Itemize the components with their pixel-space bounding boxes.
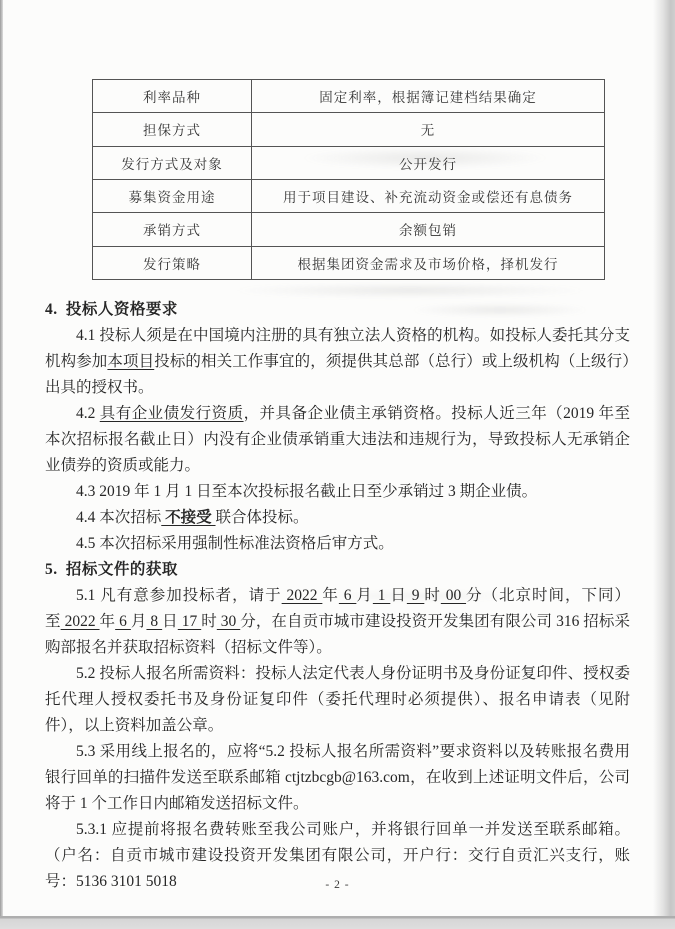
table-row: 募集资金用途用于项目建设、补充流动资金或偿还有息债务 <box>93 179 605 212</box>
text-segment: 17 <box>178 613 201 630</box>
row-label: 发行策略 <box>93 246 252 279</box>
row-value: 固定利率，根据簿记建档结果确定 <box>252 80 605 113</box>
bond-terms-table-body: 利率品种固定利率，根据簿记建档结果确定担保方式无发行方式及对象公开发行募集资金用… <box>93 80 605 280</box>
row-value: 公开发行 <box>252 146 605 179</box>
scan-edge-left <box>0 0 3 929</box>
paragraph: 4.4 本次招标 不接受 联合体投标。 <box>45 505 630 531</box>
text-segment: 4.4 本次招标 <box>76 509 161 526</box>
text-segment: 5. 招标文件的获取 <box>45 561 178 578</box>
table-row: 发行策略根据集团资金需求及市场价格，择机发行 <box>93 246 605 279</box>
text-segment: 6 <box>115 613 131 630</box>
text-segment: 具有企业债发行资质 <box>100 405 244 422</box>
table-row: 担保方式无 <box>93 113 605 146</box>
row-label: 承销方式 <box>93 213 252 246</box>
text-segment: ctjtzbcgb@163.com <box>285 769 410 786</box>
paragraph: 4.3 2019 年 1 月 1 日至本次投标报名截止日至少承销过 3 期企业债… <box>45 479 630 505</box>
table-row: 利率品种固定利率，根据簿记建档结果确定 <box>93 80 605 113</box>
row-value: 用于项目建设、补充流动资金或偿还有息债务 <box>252 179 605 212</box>
text-segment: 5.2 投标人报名所需资料：投标人法定代表人身份证明书及身份证复印件、授权委托代… <box>45 665 630 734</box>
text-segment: 年 <box>322 587 339 604</box>
scanned-document-page: 利率品种固定利率，根据簿记建档结果确定担保方式无发行方式及对象公开发行募集资金用… <box>0 0 675 929</box>
scan-smudge <box>230 283 590 298</box>
section-heading: 5. 招标文件的获取 <box>45 557 630 583</box>
text-segment: 2022 <box>61 613 100 630</box>
text-segment: 不接受 <box>161 509 215 526</box>
document-body: 4. 投标人资格要求4.1 投标人须是在中国境内注册的具有独立法人资格的机构。如… <box>45 297 630 895</box>
row-label: 募集资金用途 <box>93 179 252 212</box>
text-segment: 4.2 <box>76 405 100 422</box>
text-segment: 月 <box>131 613 147 630</box>
paragraph: 4.5 本次招标采用强制性标准法资格后审方式。 <box>45 531 630 557</box>
text-segment: 月 <box>356 587 373 604</box>
text-segment: 日 <box>162 613 178 630</box>
paragraph: 5.3 采用线上报名的，应将“5.2 投标人报名所需资料”要求资料以及转账报名费… <box>45 739 630 817</box>
text-segment: 30 <box>217 613 240 630</box>
text-segment: 8 <box>146 613 162 630</box>
paragraph: 5.2 投标人报名所需资料：投标人法定代表人身份证明书及身份证复印件、授权委托代… <box>45 661 630 739</box>
row-label: 利率品种 <box>93 80 252 113</box>
text-segment: 时 <box>201 613 217 630</box>
row-value: 根据集团资金需求及市场价格，择机发行 <box>252 246 605 279</box>
text-segment: 4.3 2019 年 1 月 1 日至本次投标报名截止日至少承销过 3 期企业债… <box>76 483 537 500</box>
text-segment: 本项目 <box>107 353 154 370</box>
text-segment: 联合体投标。 <box>216 509 309 526</box>
text-segment: 日 <box>390 587 407 604</box>
scan-edge-right <box>653 0 675 929</box>
table-row: 承销方式余额包销 <box>93 213 605 246</box>
bond-terms-table: 利率品种固定利率，根据簿记建档结果确定担保方式无发行方式及对象公开发行募集资金用… <box>92 79 605 280</box>
row-label: 发行方式及对象 <box>93 146 252 179</box>
text-segment: 2022 <box>282 587 323 604</box>
text-segment: 4. 投标人资格要求 <box>45 301 178 318</box>
text-segment: 5.1 凡有意参加投标者，请于 <box>76 587 282 604</box>
row-value: 余额包销 <box>252 213 605 246</box>
page-number: - 2 - <box>0 879 675 891</box>
paragraph: 4.1 投标人须是在中国境内注册的具有独立法人资格的机构。如投标人委托其分支机构… <box>45 323 630 401</box>
text-segment: 时 <box>424 587 441 604</box>
paragraph: 4.2 具有企业债发行资质，并具备企业债主承销资格。投标人近三年（2019 年至… <box>45 401 630 479</box>
paragraph: 5.1 凡有意参加投标者，请于 2022 年 6 月 1 日 9 时 00 分（… <box>45 583 630 661</box>
text-segment: 9 <box>407 587 424 604</box>
row-label: 担保方式 <box>93 113 252 146</box>
text-segment: 1 <box>373 587 390 604</box>
row-value: 无 <box>252 113 605 146</box>
table-row: 发行方式及对象公开发行 <box>93 146 605 179</box>
scan-edge-bottom <box>0 916 675 929</box>
text-segment: 年 <box>100 613 116 630</box>
section-heading: 4. 投标人资格要求 <box>45 297 630 323</box>
text-segment: 00 <box>441 587 466 604</box>
text-segment: 6 <box>339 587 356 604</box>
text-segment: 4.5 本次招标采用强制性标准法资格后审方式。 <box>76 535 394 552</box>
